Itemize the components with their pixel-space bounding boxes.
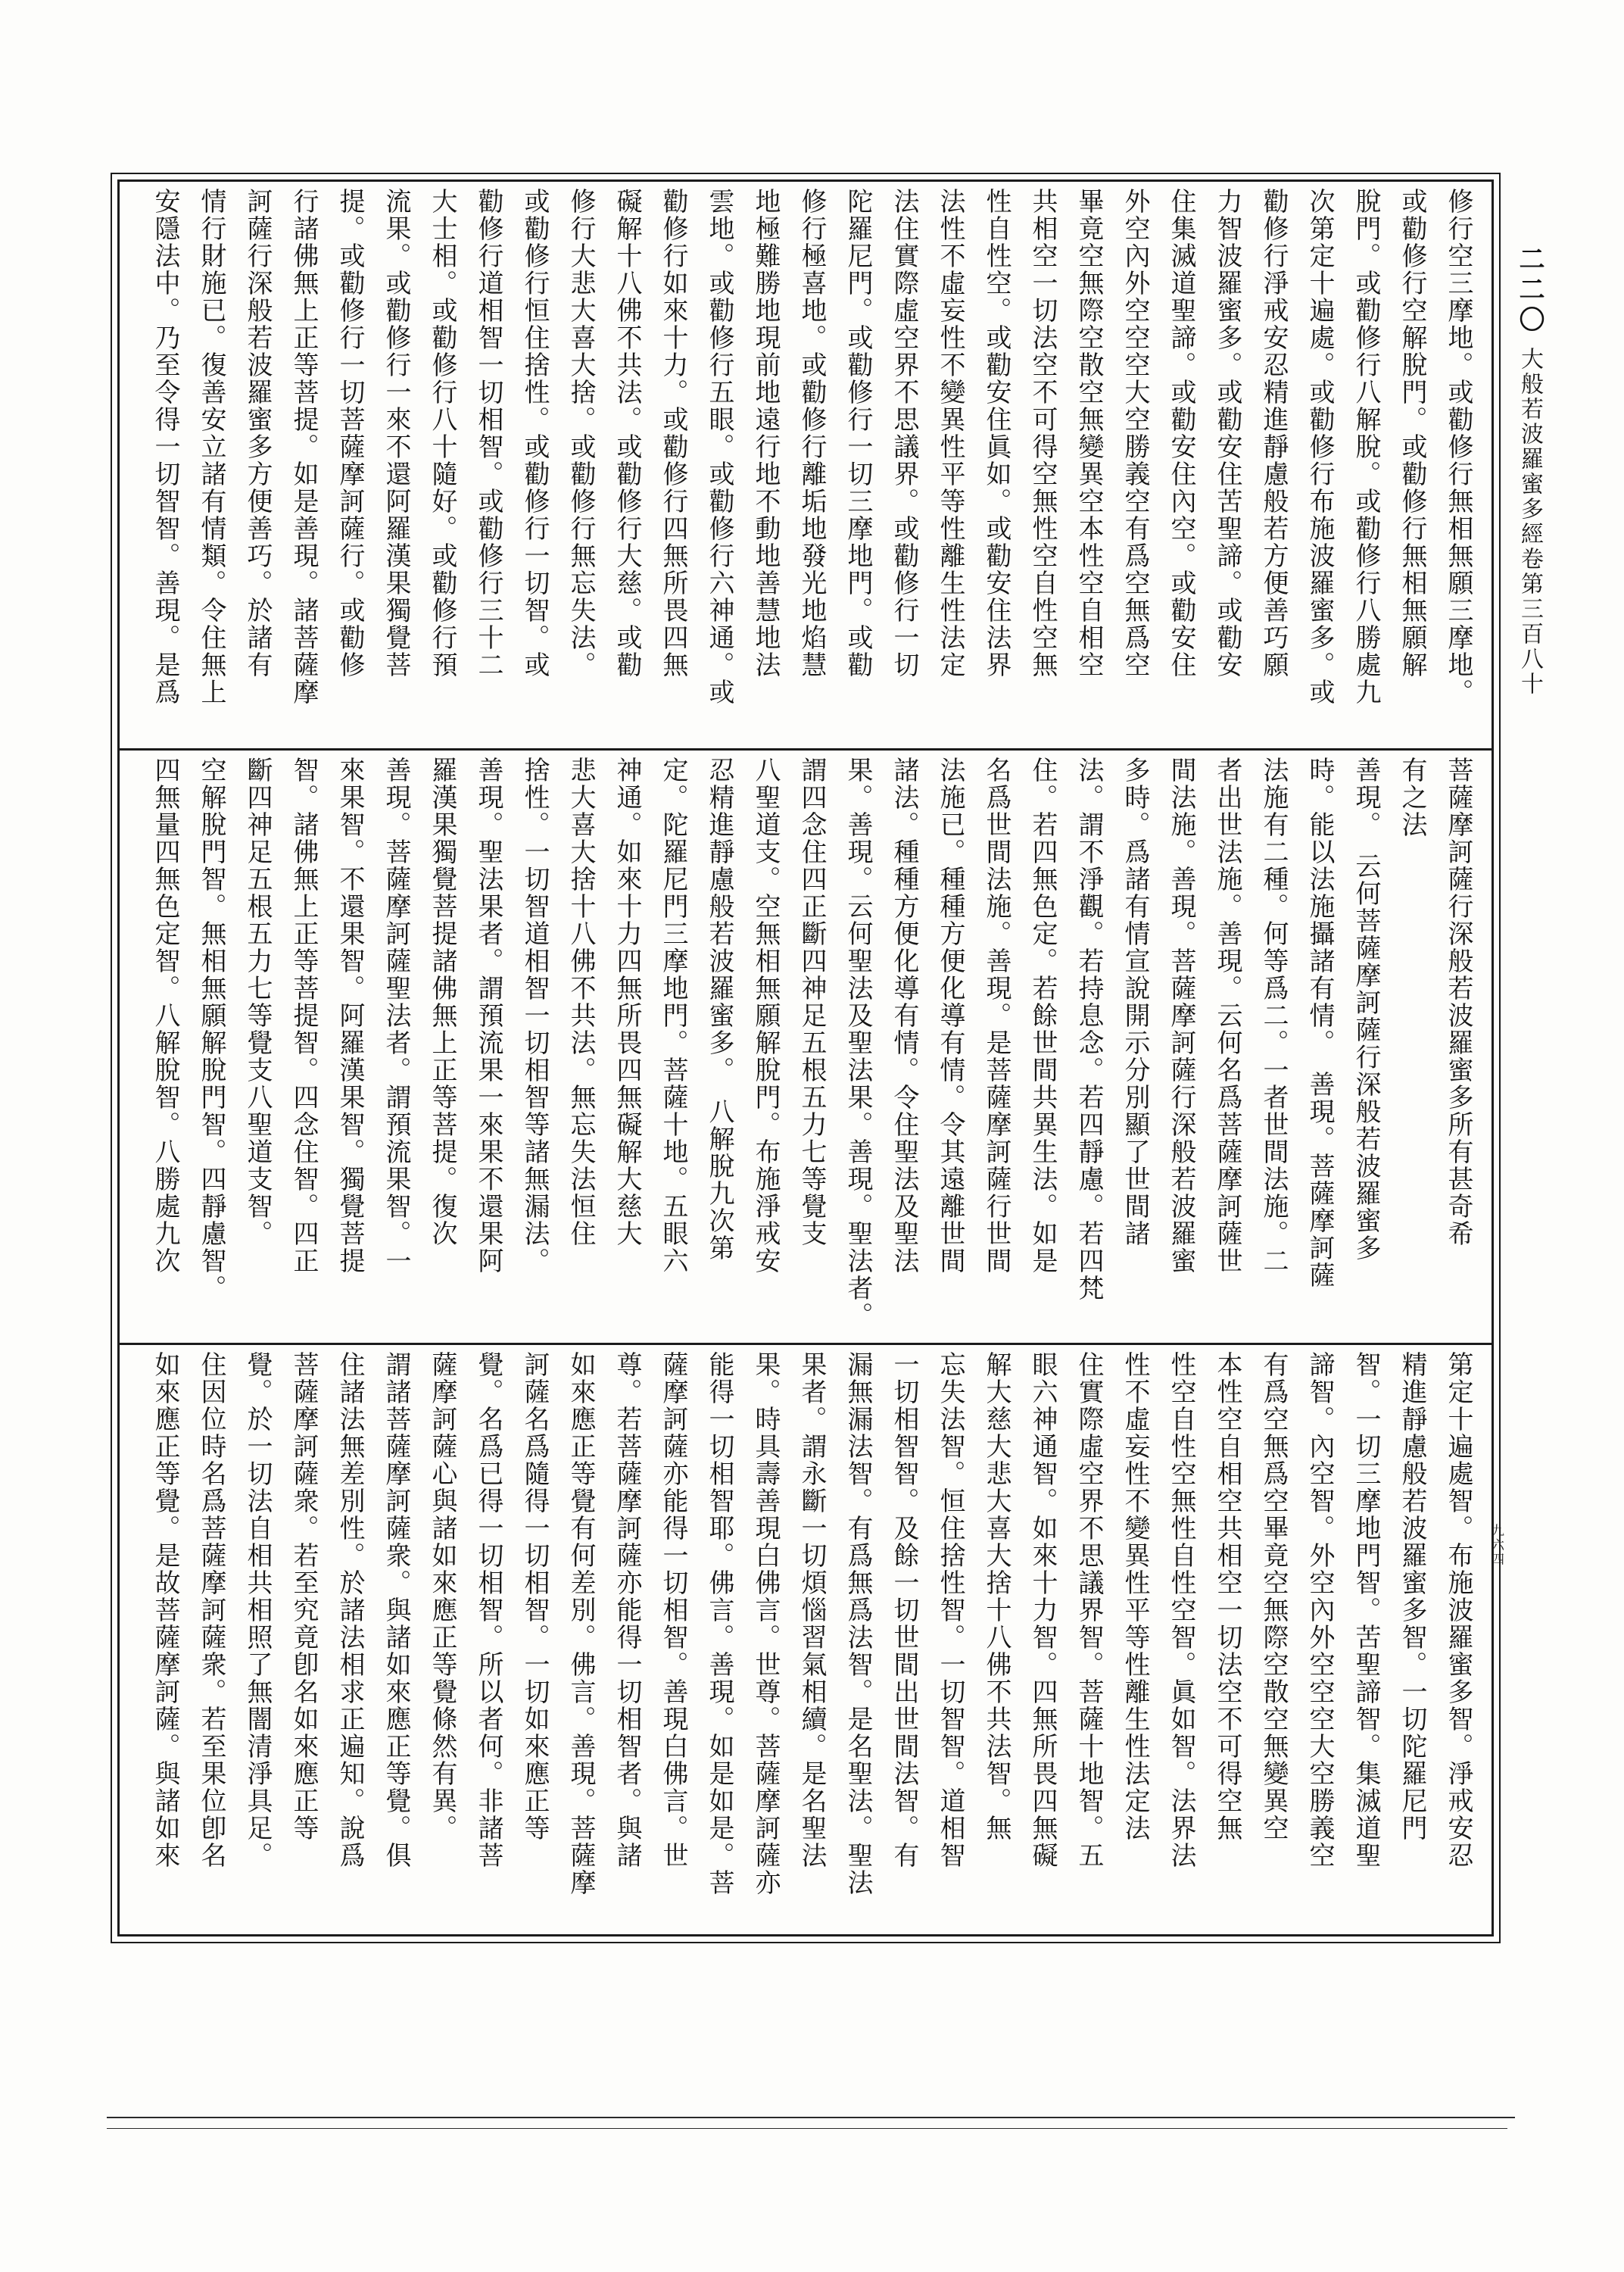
text-frame: 修行空三摩地。或勸修行無相無願三摩地。 或勸修行空解脫門。或勸修行無相無願解 脫…: [111, 173, 1501, 1943]
register-top-text: 修行空三摩地。或勸修行無相無願三摩地。 或勸修行空解脫門。或勸修行無相無願解 脫…: [124, 188, 1481, 745]
scanned-sutra-page: 二二〇 大般若波羅蜜多經卷第三百八十 九六四 修行空三摩地。或勸修行無相無願三摩…: [0, 0, 1624, 2272]
header-volume-title: 大般若波羅蜜多經卷第三百八十: [1513, 347, 1546, 697]
bottom-rule-lower: [107, 2128, 1507, 2129]
register-top: 修行空三摩地。或勸修行無相無願三摩地。 或勸修行空解脫門。或勸修行無相無願解 脫…: [120, 182, 1492, 748]
register-middle: 菩薩摩訶薩行深般若波羅蜜多所有甚奇希 有之法 善現。 云何菩薩摩訶薩行深般若波羅…: [120, 751, 1492, 1343]
bottom-rule-upper: [107, 2117, 1515, 2118]
register-bottom-text: 第定十遍處智。布施波羅蜜多智。淨戒安忍 精進靜慮般若波羅蜜多智。一切陀羅尼門 智…: [124, 1351, 1481, 1931]
register-bottom: 第定十遍處智。布施波羅蜜多智。淨戒安忍 精進靜慮般若波羅蜜多智。一切陀羅尼門 智…: [120, 1345, 1492, 1934]
text-frame-inner-rule: 修行空三摩地。或勸修行無相無願三摩地。 或勸修行空解脫門。或勸修行無相無願解 脫…: [117, 179, 1494, 1937]
header-page-number: 二二〇: [1511, 245, 1548, 336]
register-middle-text: 菩薩摩訶薩行深般若波羅蜜多所有甚奇希 有之法 善現。 云何菩薩摩訶薩行深般若波羅…: [124, 757, 1481, 1340]
